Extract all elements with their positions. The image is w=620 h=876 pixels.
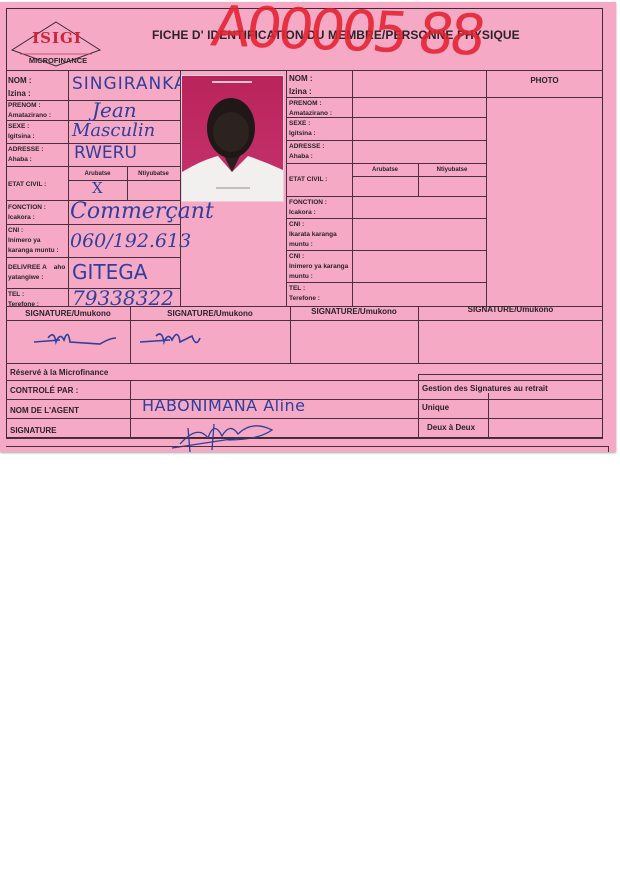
- input-fonction-2[interactable]: [353, 197, 486, 218]
- label-ntiyubatse-2: Ntiyubatse: [418, 165, 486, 175]
- label-tel: TEL :Terefone :: [8, 290, 39, 310]
- label-arubatse: Arubatse: [68, 169, 127, 179]
- label-cni: CNI :Inimero yakaranga muntu :: [8, 226, 59, 256]
- label-deux-a-deux: Deux à Deux: [427, 423, 475, 432]
- label-sexe-2: SEXE :Igitsina :: [289, 119, 316, 139]
- input-adresse-2[interactable]: [353, 141, 486, 163]
- input-sexe-2[interactable]: [353, 118, 486, 140]
- value-nom[interactable]: SINGIRANKAB: [72, 74, 199, 94]
- photo-placeholder[interactable]: [487, 98, 603, 302]
- label-tel-2: TEL :Terefone :: [289, 284, 320, 304]
- signature-header-3: SIGNATURE/Umukono: [290, 307, 418, 316]
- logo-subtitle: MICROFINANCE: [18, 56, 98, 65]
- member-number-stamp: A00005 88: [208, 0, 486, 67]
- signature-4-area[interactable]: [419, 321, 603, 363]
- value-cni[interactable]: 060/192.613: [70, 230, 191, 252]
- label-unique: Unique: [422, 403, 449, 412]
- label-fonction-2: FONCTION :Icakora :: [289, 198, 327, 218]
- label-nom-agent: NOM DE L'AGENT: [10, 406, 79, 415]
- label-nom-2: NOM :Izina :: [289, 72, 313, 98]
- value-prenom[interactable]: Jean: [92, 98, 137, 122]
- logo-text: ISIGI: [22, 29, 92, 47]
- agent-signature-icon[interactable]: [168, 414, 283, 454]
- label-prenom: PRENOM :Amatazirano :: [8, 101, 51, 121]
- microfinance-section-title: Réservé à la Microfinance: [10, 368, 108, 377]
- input-nom-2[interactable]: [353, 71, 486, 97]
- label-prenom-2: PRENOM :Amatazirano :: [289, 99, 332, 119]
- signature-header-4: SIGNATURE/Umukono: [418, 305, 603, 314]
- signature-header-2: SIGNATURE/Umukono: [130, 309, 290, 318]
- identification-card: ISIGI MICROFINANCE FICHE D' IDENTIFICATI…: [0, 2, 616, 452]
- label-cni-card-2: CNI :Ikarata karangamuntu :: [289, 220, 337, 250]
- member-photo: [182, 76, 283, 201]
- checkbox-ntiyubatse-2[interactable]: [419, 177, 486, 196]
- label-sexe: SEXE :Igitsina :: [8, 122, 35, 142]
- value-sexe[interactable]: Masculin: [72, 120, 155, 141]
- checkbox-unique[interactable]: [489, 400, 603, 418]
- signature-1-icon[interactable]: [30, 324, 120, 354]
- label-nom: NOM :Izina :: [8, 74, 32, 100]
- value-adresse[interactable]: RWERU: [74, 143, 137, 163]
- input-cni-number-2[interactable]: [353, 251, 486, 282]
- checkbox-arubatse-2[interactable]: [353, 177, 418, 196]
- label-etat-civil-2: ETAT CIVIL :: [289, 175, 327, 185]
- label-etat-civil: ETAT CIVIL :: [8, 180, 46, 190]
- label-arubatse-2: Arubatse: [352, 165, 418, 175]
- label-adresse-2: ADRESSE :Ahaba :: [289, 142, 324, 162]
- input-cni-card-2[interactable]: [353, 219, 486, 250]
- label-controle-par: CONTROLÉ PAR :: [10, 386, 78, 395]
- input-prenom-2[interactable]: [353, 98, 486, 117]
- label-delivree: DELIVREE A ahoyatangiwe :: [8, 263, 65, 283]
- input-tel-2[interactable]: [353, 283, 486, 305]
- label-adresse: ADRESSE :Ahaba :: [8, 145, 43, 165]
- value-delivree[interactable]: GITEGA: [72, 260, 147, 284]
- value-nom-agent[interactable]: HABONIMANA Aline: [142, 396, 306, 415]
- signature-3-area[interactable]: [291, 321, 418, 363]
- gestion-signatures-title: Gestion des Signatures au retrait: [422, 384, 548, 393]
- signature-header-1: SIGNATURE/Umukono: [6, 309, 130, 318]
- label-ntiyubatse: Ntiyubatse: [127, 169, 180, 179]
- checkbox-deux-a-deux[interactable]: [489, 419, 603, 437]
- label-fonction: FONCTION :Icakora :: [8, 203, 46, 223]
- value-fonction[interactable]: Commerçant: [70, 199, 214, 224]
- label-cni-number-2: CNI :Inimero ya karangamuntu :: [289, 252, 348, 282]
- photo-label: PHOTO: [486, 76, 603, 85]
- person-portrait-icon: [182, 76, 283, 201]
- value-arubatse-mark[interactable]: X: [92, 179, 103, 197]
- signature-2-icon[interactable]: [136, 326, 216, 354]
- label-signature-agent: SIGNATURE: [10, 426, 57, 435]
